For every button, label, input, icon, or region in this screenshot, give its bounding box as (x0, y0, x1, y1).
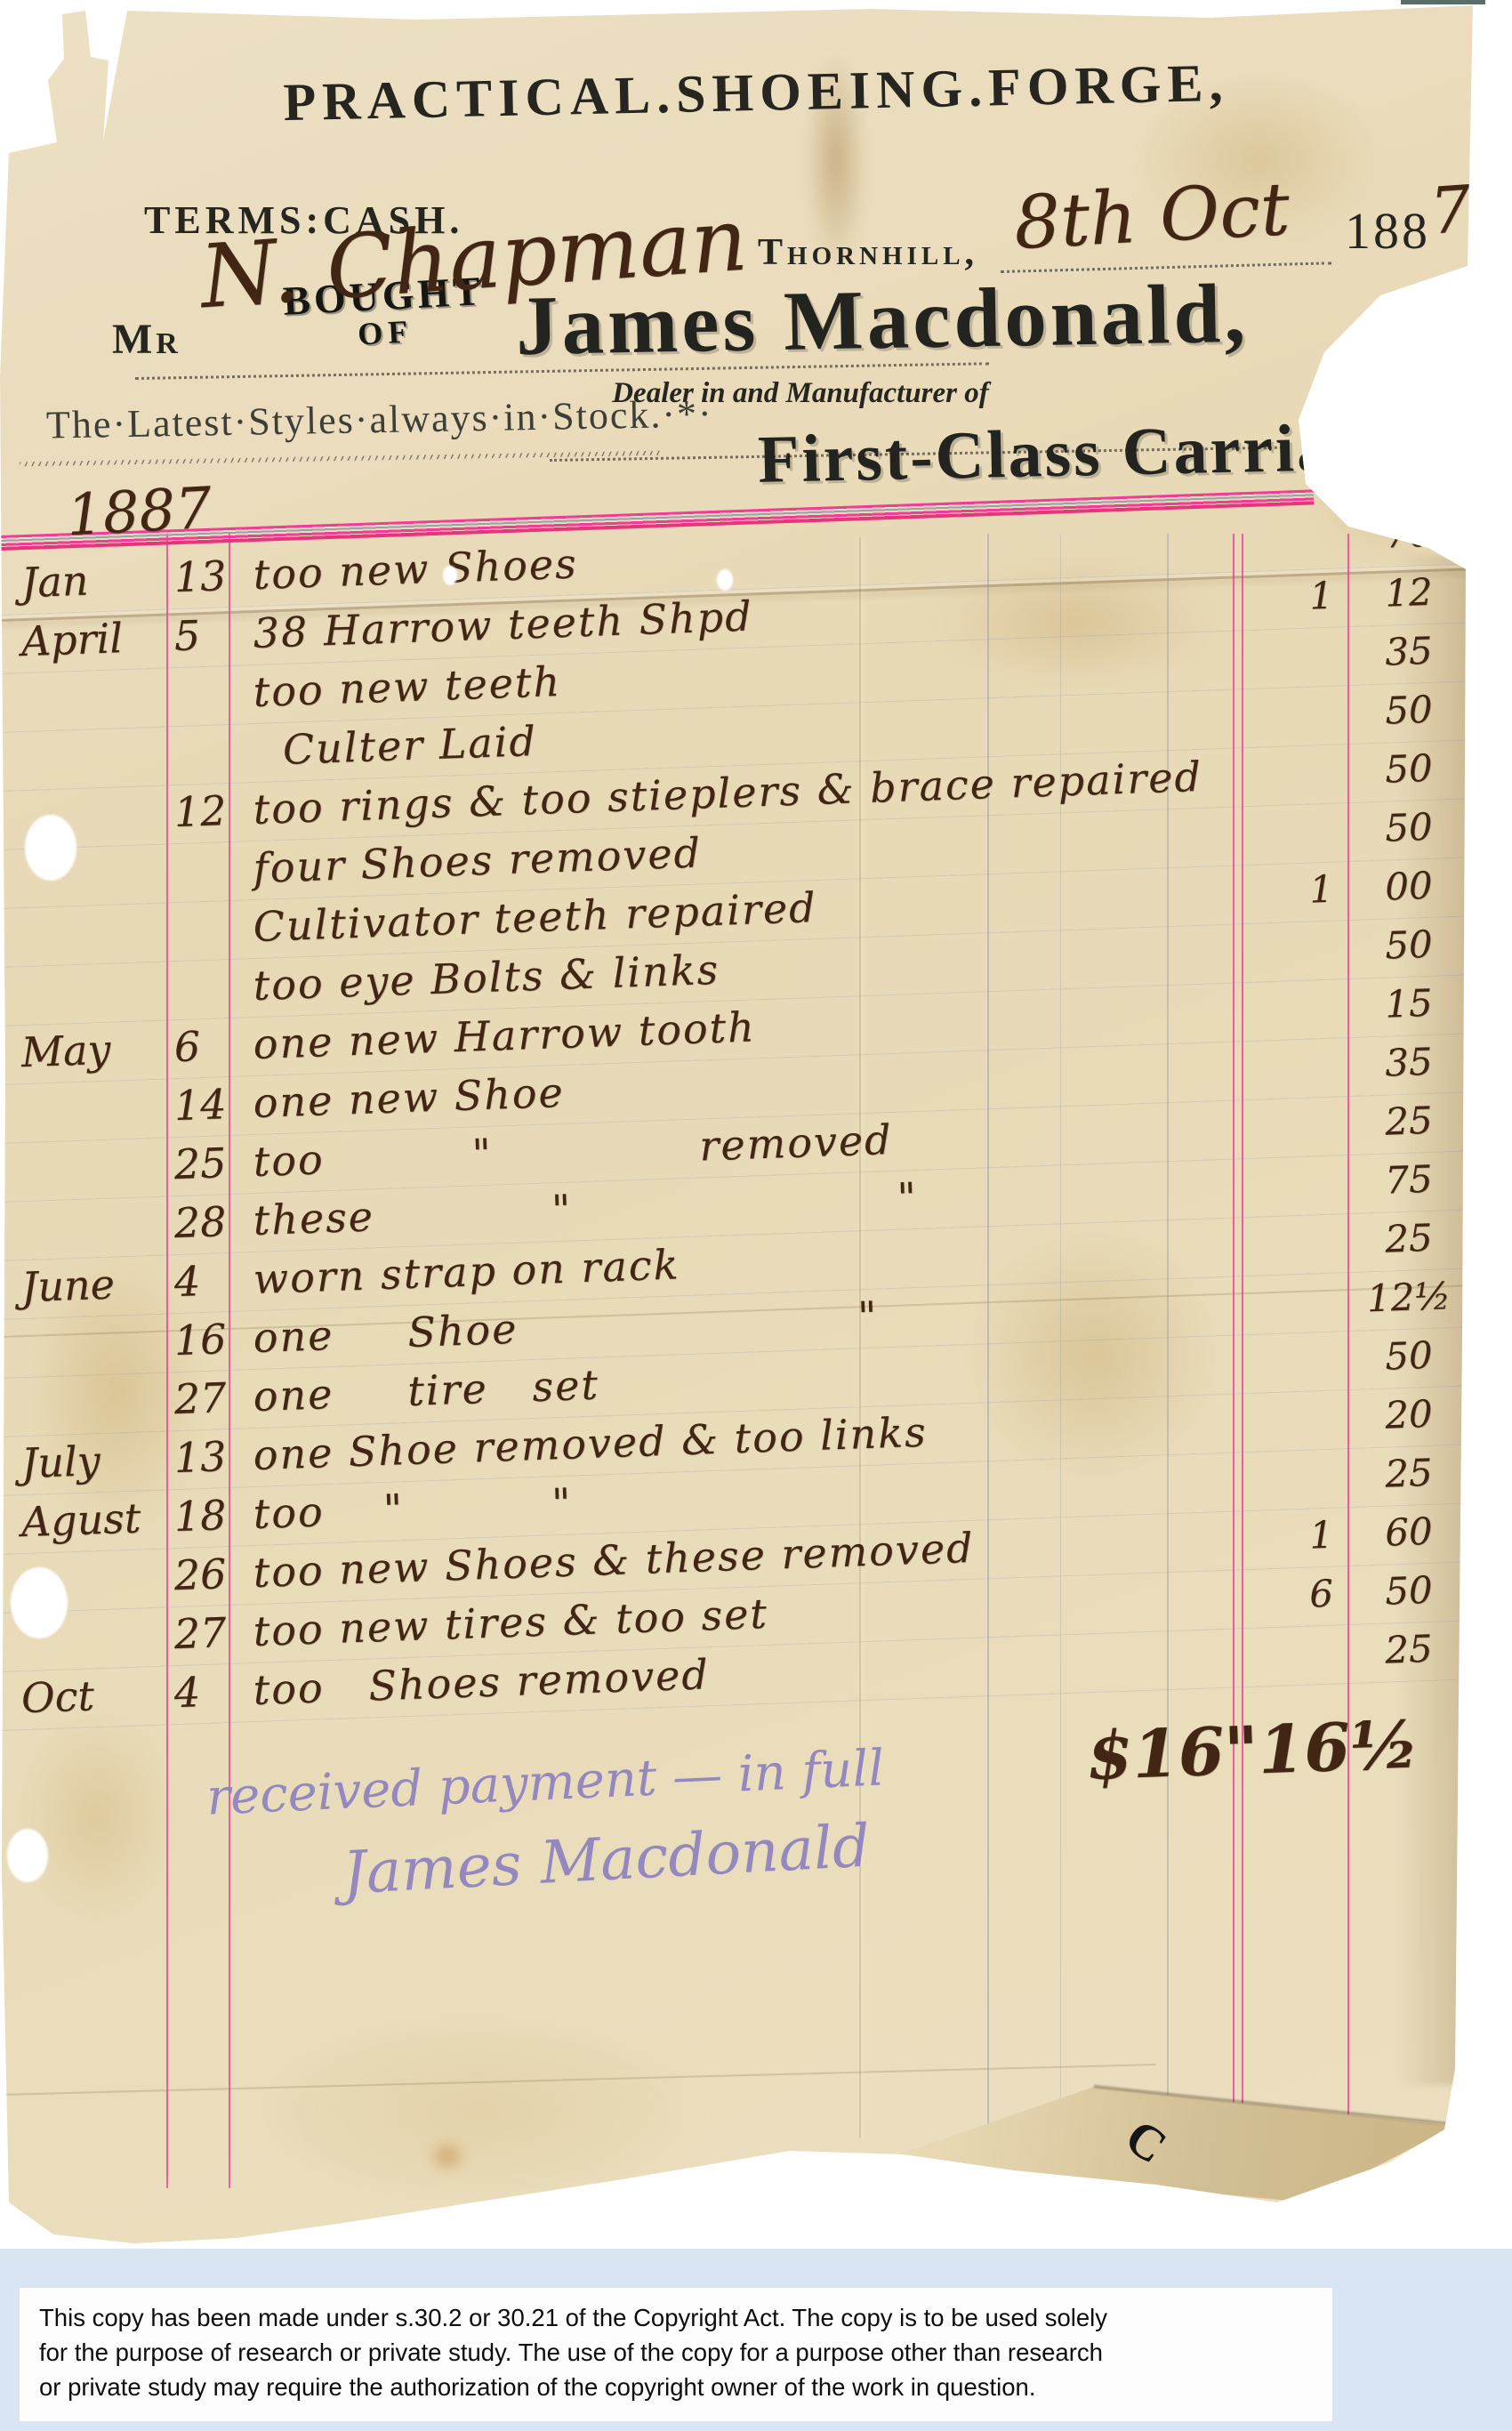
ledger-day: 5 (173, 608, 229, 663)
ledger-desc: one tire set (253, 1357, 600, 1423)
ledger-month: May (20, 1021, 165, 1080)
ledger-cents: 50 (1359, 1328, 1459, 1385)
ledger-desc: Culter Laid (253, 714, 538, 777)
ledger-dollars: 6 (1243, 1567, 1334, 1623)
ledger-day: 28 (173, 1195, 229, 1250)
punch-hole (25, 815, 76, 881)
place-label: Thornhill, (758, 231, 978, 274)
ledger-cents: 35 (1359, 624, 1459, 680)
payment-note-line1: received payment — in full (205, 1739, 886, 1826)
paper-stain (427, 2138, 468, 2174)
handwritten-year-digit: 7 (1428, 172, 1474, 249)
scanned-invoice-page: PRACTICAL.SHOEING.FORGE, TERMS:CASH. Tho… (0, 0, 1512, 2431)
ledger-cents: 60 (1359, 1504, 1459, 1561)
ledger-cents: 25 (1359, 1093, 1459, 1150)
ledger-month: July (20, 1432, 165, 1491)
product-line: First-Class Carriages (757, 407, 1432, 499)
ledger-cents: 50 (1359, 741, 1459, 798)
ledger-day: 27 (173, 1371, 229, 1426)
copyright-notice: This copy has been made under s.30.2 or … (20, 2288, 1332, 2421)
ledger-month: June (20, 1256, 165, 1315)
ledger-dollars: 1 (1243, 1509, 1334, 1565)
letterhead-title: PRACTICAL.SHOEING.FORGE, (0, 46, 1512, 140)
fold-letter: C (1114, 2108, 1177, 2176)
ledger-day: 14 (173, 1077, 229, 1132)
ledger-day: 25 (173, 1136, 229, 1191)
ledger-dollars: 1 (1243, 863, 1334, 919)
ledger-day: 13 (173, 1429, 229, 1485)
copyright-line: or private study may require the authori… (39, 2370, 1313, 2404)
handwritten-date: 8th Oct (1012, 167, 1292, 266)
ledger-cents: 20 (1359, 1387, 1459, 1444)
ledger-cents: 70 (1359, 506, 1459, 563)
ledger-day: 16 (173, 1312, 229, 1367)
ledger-day: 27 (173, 1606, 229, 1661)
ledger-cents: 50 (1359, 917, 1459, 974)
printed-year: 188 (1345, 201, 1430, 261)
mr-label: Mr (112, 315, 181, 364)
ledger-cents: 35 (1359, 1034, 1459, 1091)
fold-crease (0, 2064, 1156, 2096)
punch-hole (7, 1829, 48, 1882)
paper-stain (249, 2014, 712, 2210)
ledger-dollars (1243, 511, 1332, 513)
ledger-month: Oct (20, 1667, 165, 1726)
ledger-desc: too new Shoes (253, 536, 579, 601)
ledger-cents: 15 (1359, 976, 1459, 1033)
tear-hole (717, 569, 733, 591)
ledger-cents: 25 (1359, 1445, 1459, 1502)
invoice-paper: PRACTICAL.SHOEING.FORGE, TERMS:CASH. Tho… (0, 4, 1484, 2252)
tagline: The·Latest·Styles·always·in·Stock.·*· (46, 390, 713, 447)
ledger-month: Jan (20, 551, 165, 610)
copyright-line: for the purpose of research or private s… (39, 2335, 1313, 2370)
folded-corner: C (889, 2067, 1459, 2210)
ledger-desc: too new teeth (253, 655, 562, 719)
ledger-cents: 75 (1359, 1152, 1459, 1209)
tear-hole (443, 566, 457, 585)
ledger-month: Agust (20, 1491, 165, 1550)
ledger-day: 18 (173, 1488, 229, 1543)
invoice-total: $16"16½ (1085, 1707, 1420, 1795)
ledger-cents: 25 (1359, 1211, 1459, 1268)
copyright-line: This copy has been made under s.30.2 or … (39, 2300, 1313, 2335)
ledger-cents: 12 (1359, 565, 1459, 622)
ledger-desc: too " " (253, 1477, 574, 1541)
ledger-day: 12 (173, 784, 229, 839)
paper-stain (18, 1711, 178, 1925)
punch-hole (11, 1567, 68, 1638)
payment-note-signature: James Macdonald (341, 1812, 872, 1908)
ledger-day: 6 (173, 1018, 229, 1074)
ledger-cents: 50 (1359, 800, 1459, 857)
ledger-cents: 00 (1359, 858, 1459, 915)
ledger-desc: one new Shoe (253, 1066, 566, 1130)
ledger-cents: 50 (1359, 682, 1459, 739)
ledger-dollars: 1 (1243, 569, 1334, 625)
scan-edge-artifact (1401, 0, 1485, 4)
ledger-cents: 50 (1359, 1563, 1459, 1620)
handwritten-year-note: 1887 (65, 476, 213, 549)
ledger-day: 4 (173, 1253, 229, 1308)
ledger-cents: 25 (1359, 1622, 1459, 1678)
ledger-cents: 12½ (1359, 1269, 1459, 1326)
ledger-day: 26 (173, 1547, 229, 1602)
ledger-day: 4 (173, 1664, 229, 1719)
ledger-day: 13 (173, 549, 229, 604)
ledger-month: April (20, 610, 165, 669)
